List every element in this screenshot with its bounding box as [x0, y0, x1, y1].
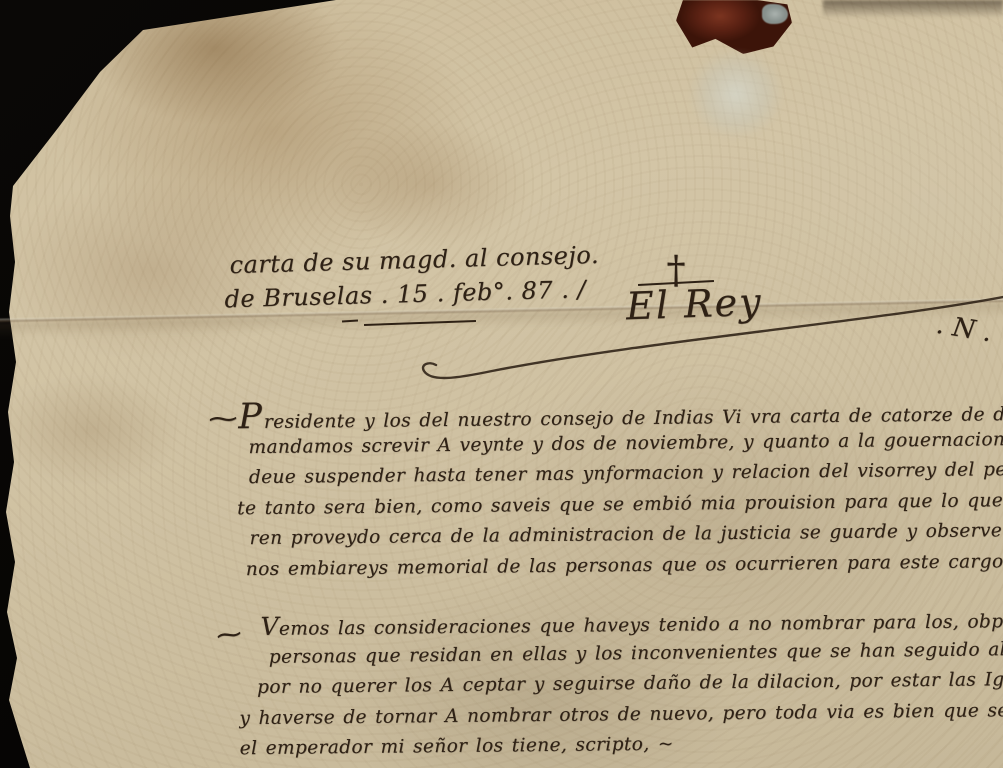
letter-body: Presidente y los del nuestro consejo de … [248, 394, 1003, 765]
docket-note: carta de su magd. al consejo. de Brusela… [229, 241, 600, 313]
seal-residue-fragment [762, 4, 788, 24]
paper-top-right-shadow [823, 0, 1003, 18]
paragraph2-lead-flourish: ~ [211, 619, 247, 652]
paragraph1-lead-flourish: ~ [205, 404, 240, 434]
paragraph-2: Vemos las consideraciones que haveys ten… [250, 604, 1003, 765]
paragraph-1: Presidente y los del nuestro consejo de … [248, 394, 1003, 585]
grey-stain [688, 48, 784, 140]
photo-backdrop: carta de su magd. al consejo. de Brusela… [0, 0, 1003, 768]
royal-heading: El Rey [625, 280, 763, 329]
